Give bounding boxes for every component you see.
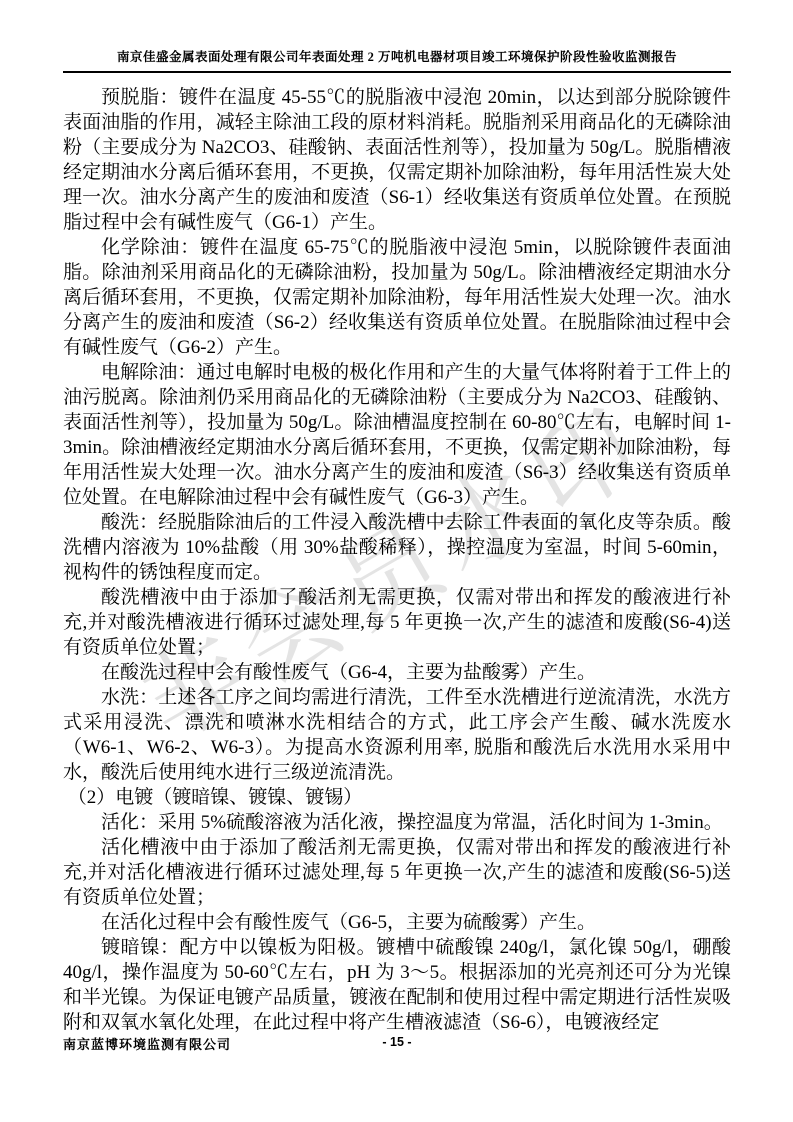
document-body: 预脱脂：镀件在温度 45-55℃的脱脂液中浸泡 20min，以达到部分脱除镀件表… [63,85,731,1035]
paragraph-activation: 活化：采用 5%硫酸溶液为活化液，操控温度为常温，活化时间为 1-3min。 [63,810,731,835]
paragraph-water-rinse: 水洗：上述各工序之间均需进行清洗，工件至水洗槽进行逆流清洗，水洗方式采用浸洗、漂… [63,685,731,785]
page-number: - 15 - [63,1035,731,1049]
paragraph-pickling-gas: 在酸洗过程中会有酸性废气（G6-4，主要为盐酸雾）产生。 [63,660,731,685]
paragraph-pre-degrease: 预脱脂：镀件在温度 45-55℃的脱脂液中浸泡 20min，以达到部分脱除镀件表… [63,85,731,235]
page-footer: 南京蓝博环境监测有限公司 - 15 - [63,1034,731,1054]
paragraph-electrolytic-degrease: 电解除油：通过电解时电极的极化作用和产生的大量气体将附着于工件上的油污脱离。除油… [63,360,731,510]
paragraph-dark-nickel: 镀暗镍：配方中以镍板为阳极。镀槽中硫酸镍 240g/l，氯化镍 50g/l，硼酸… [63,935,731,1035]
paragraph-pickling-bath: 酸洗槽液中由于添加了酸活剂无需更换，仅需对带出和挥发的酸液进行补充,并对酸洗槽液… [63,585,731,660]
paragraph-chemical-degrease: 化学除油：镀件在温度 65-75℃的脱脂液中浸泡 5min，以脱除镀件表面油脂。… [63,235,731,360]
header-divider [63,71,731,73]
paragraph-activation-gas: 在活化过程中会有酸性废气（G6-5，主要为硫酸雾）产生。 [63,910,731,935]
document-page: 南京佳盛金属表面处理有限公司年表面处理 2 万吨机电器材项目竣工环境保护阶段性验… [0,0,793,1122]
paragraph-acid-pickling: 酸洗：经脱脂除油后的工件浸入酸洗槽中去除工件表面的氧化皮等杂质。酸洗槽内溶液为 … [63,510,731,585]
page-header-title: 南京佳盛金属表面处理有限公司年表面处理 2 万吨机电器材项目竣工环境保护阶段性验… [63,47,731,65]
paragraph-electroplating-heading: （2）电镀（镀暗镍、镀镍、镀锡） [63,785,731,810]
paragraph-activation-bath: 活化槽液中由于添加了酸活剂无需更换，仅需对带出和挥发的酸液进行补充,并对活化槽液… [63,835,731,910]
